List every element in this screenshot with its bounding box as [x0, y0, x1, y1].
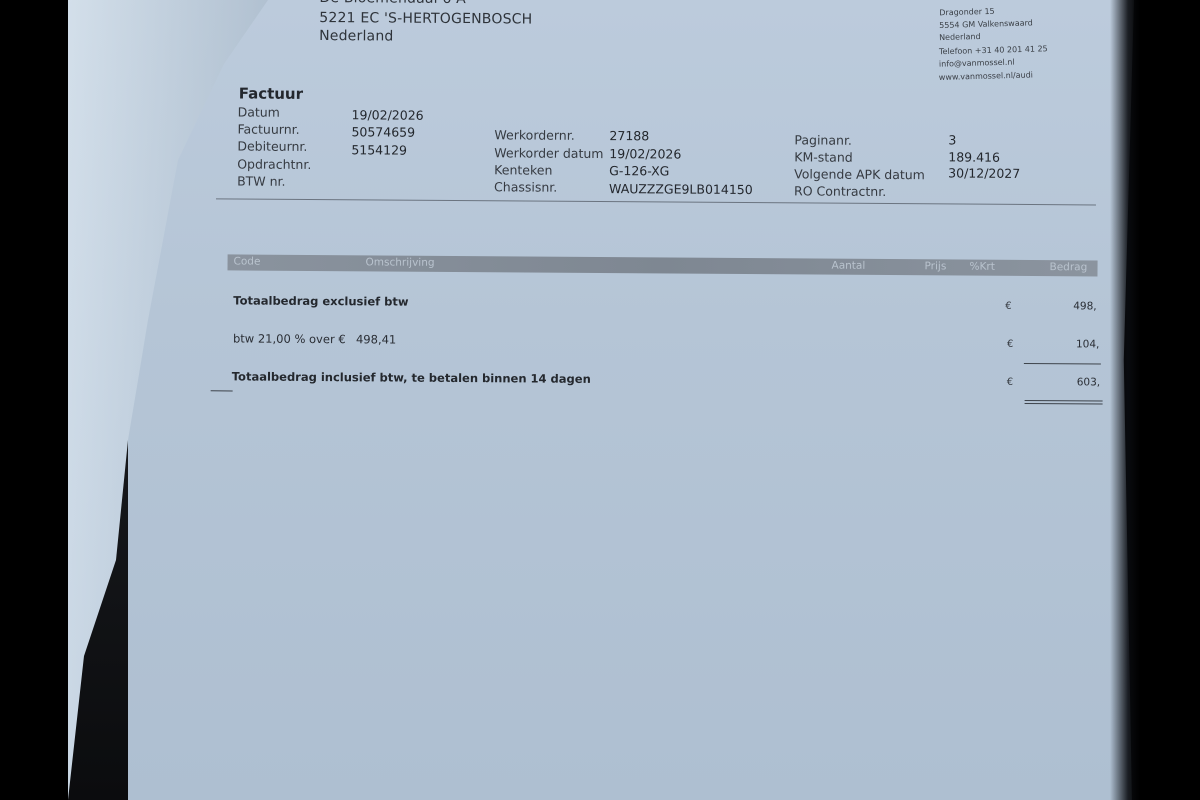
recipient-street: De Bloemendaal 6 A [319, 0, 466, 7]
sender-website: www.vanmossel.nl/audi [939, 69, 1033, 84]
field-label-km-stand: KM-stand [794, 149, 853, 164]
field-label-ro-contractnr: RO Contractnr. [794, 183, 886, 199]
column-header-prijs: Prijs [925, 260, 947, 272]
column-header-omschrijving: Omschrijving [366, 256, 435, 268]
field-value-werkorder-datum: 19/02/2026 [609, 146, 681, 162]
total-excl-currency: € [1005, 301, 1011, 312]
vat-currency: € [1007, 339, 1013, 350]
field-value-paginanr: 3 [948, 132, 956, 147]
column-header-code: Code [234, 255, 261, 267]
field-label-factuurnr: Factuurnr. [237, 121, 299, 136]
field-value-debiteurnr: 5154129 [351, 142, 407, 157]
column-header-korting: %Krt [970, 261, 995, 273]
total-double-underline-1 [1025, 400, 1103, 402]
sender-email: info@vanmossel.nl [939, 57, 1015, 72]
invoice-title: Factuur [239, 84, 303, 102]
total-excl-label: Totaalbedrag exclusief btw [233, 293, 408, 308]
vat-base-amount: 498,41 [356, 332, 396, 346]
total-double-underline-2 [1025, 403, 1103, 405]
field-value-datum: 19/02/2026 [352, 107, 424, 123]
sender-postal-city: 5554 GM Valkenswaard [939, 17, 1033, 32]
total-incl-label: Totaalbedrag inclusief btw, te betalen b… [232, 369, 591, 386]
table-header: Code Omschrijving Aantal Prijs %Krt Bedr… [227, 254, 1097, 276]
field-label-apk-datum: Volgende APK datum [794, 166, 925, 182]
field-value-apk-datum: 30/12/2027 [948, 165, 1020, 181]
field-label-werkordernr: Werkordernr. [494, 127, 574, 143]
field-label-opdrachtnr: Opdrachtnr. [237, 156, 311, 172]
total-incl-amount: 603, [1077, 376, 1100, 388]
vat-amount: 104, [1076, 338, 1099, 350]
vat-label: btw 21,00 % over € [233, 331, 346, 346]
column-header-bedrag: Bedrag [1050, 261, 1088, 273]
field-value-factuurnr: 50574659 [351, 124, 415, 139]
field-label-datum: Datum [238, 104, 280, 119]
footer-mark [211, 390, 233, 391]
field-label-kenteken: Kenteken [494, 162, 552, 177]
field-label-werkorder-datum: Werkorder datum [494, 145, 603, 161]
field-label-btw-nr: BTW nr. [237, 173, 286, 188]
total-excl-amount: 498, [1073, 300, 1096, 312]
invoice-document: De Bloemendaal 6 A 5221 EC 'S-HERTOGENBO… [0, 0, 1200, 800]
field-value-kenteken: G-126-XG [609, 163, 669, 178]
subtotal-underline [1024, 363, 1101, 365]
sender-country: Nederland [939, 31, 981, 45]
field-value-chassisnr: WAUZZZGE9LB014150 [609, 181, 753, 197]
recipient-country: Nederland [319, 28, 393, 45]
field-value-werkordernr: 27188 [609, 128, 649, 143]
field-label-paginanr: Paginanr. [794, 132, 852, 147]
header-divider [216, 198, 1096, 205]
field-label-chassisnr: Chassisnr. [494, 179, 557, 194]
field-value-km-stand: 189.416 [948, 149, 1000, 164]
column-header-aantal: Aantal [832, 260, 866, 272]
recipient-postal-city: 5221 EC 'S-HERTOGENBOSCH [319, 10, 532, 27]
total-incl-currency: € [1007, 377, 1013, 388]
field-label-debiteurnr: Debiteurnr. [237, 138, 307, 153]
